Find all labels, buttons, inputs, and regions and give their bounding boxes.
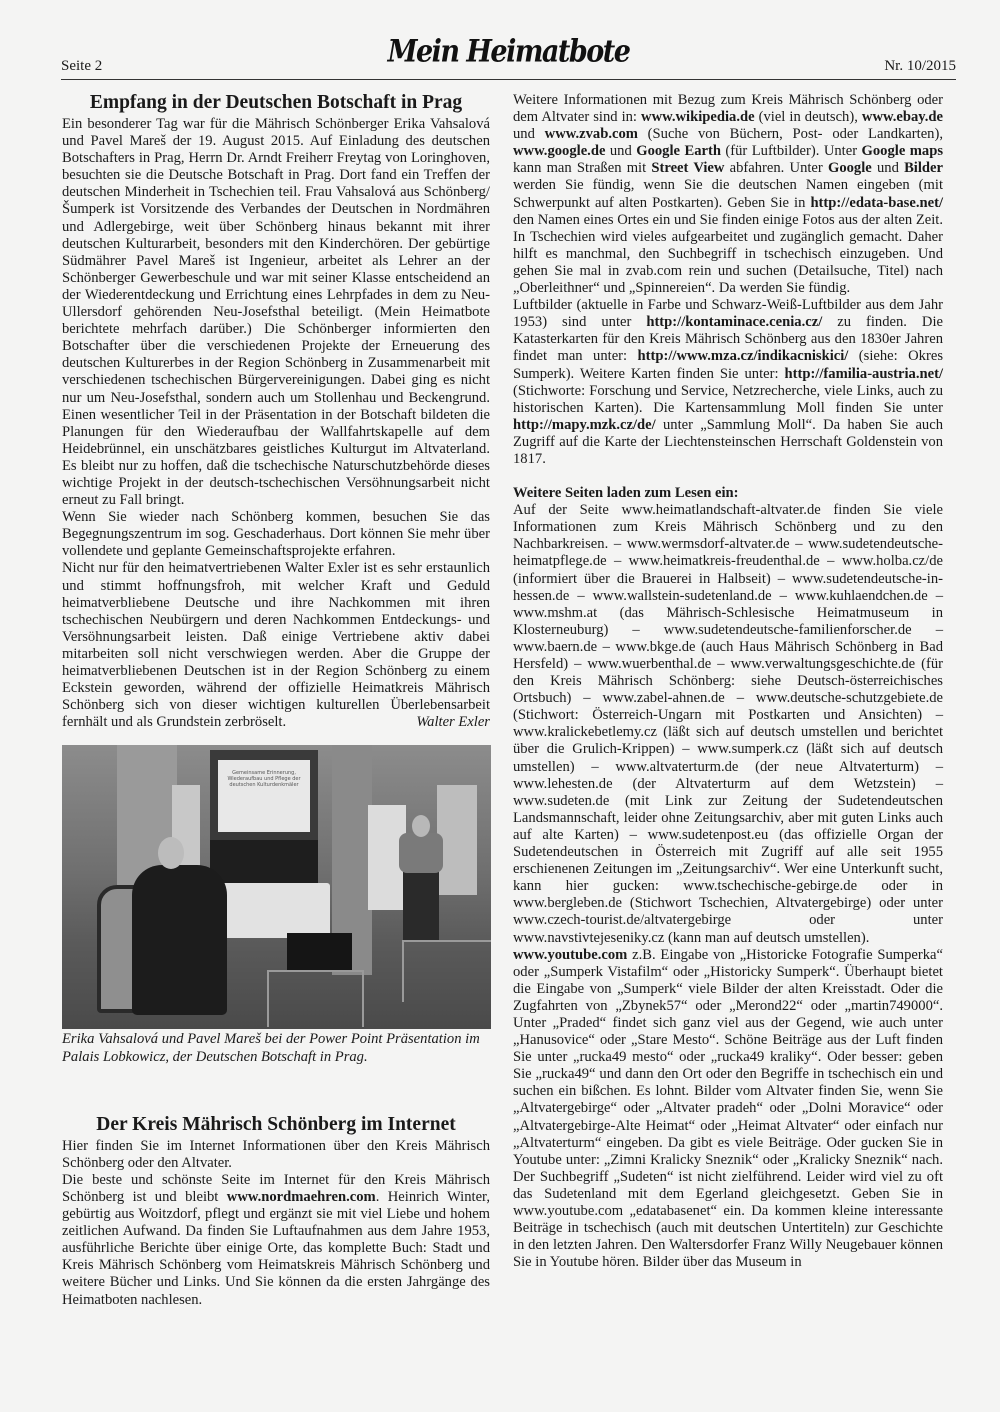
article-title-internet: Der Kreis Mährisch Schönberg im Internet — [62, 1114, 490, 1136]
left-column: Empfang in der Deutschen Botschaft in Pr… — [62, 92, 490, 1309]
window-right — [437, 785, 477, 895]
glass-table — [267, 970, 364, 1027]
issue-number: Nr. 10/2015 — [884, 58, 956, 75]
link[interactable]: Google — [828, 160, 872, 176]
article-paragraph: Ein besonderer Tag war für die Mährisch … — [62, 116, 490, 509]
link[interactable]: http://www.mza.cz/indikacniskici/ — [638, 348, 849, 364]
link[interactable]: Street View — [651, 160, 724, 176]
link[interactable]: Bilder — [904, 160, 943, 176]
text: (für Luftbilder). Unter — [721, 143, 862, 159]
article-title-embassy: Empfang in der Deutschen Botschaft in Pr… — [62, 92, 490, 114]
laptop — [287, 933, 352, 971]
slide-text: Gemeinsame Erinnerung, Wiederaufbau und … — [218, 760, 310, 832]
projection-screen: Gemeinsame Erinnerung, Wiederaufbau und … — [210, 750, 318, 840]
right-column: Weitere Informationen mit Bezug zum Krei… — [513, 92, 943, 1271]
text: (Suche von Büchern, Post- oder Landkarte… — [638, 126, 943, 142]
article-paragraph: Nicht nur für den heimatvertriebenen Wal… — [62, 560, 490, 731]
draped-table — [210, 883, 330, 938]
text: den Namen eines Ortes ein und Sie finden… — [513, 212, 943, 296]
embassy-presentation-photo: Gemeinsame Erinnerung, Wiederaufbau und … — [62, 745, 491, 1029]
links-paragraph-sites: Auf der Seite www.heimatlandschaft-altva… — [513, 502, 943, 946]
links-paragraph-maps: Luftbilder (aktuelle in Farbe und Schwar… — [513, 297, 943, 468]
link[interactable]: www.google.de — [513, 143, 605, 159]
header-rule — [61, 79, 956, 80]
links-paragraph-general: Weitere Informationen mit Bezug zum Krei… — [513, 92, 943, 297]
link[interactable]: http://familia-austria.net/ — [785, 366, 944, 382]
link[interactable]: http://mapy.mzk.cz/de/ — [513, 417, 656, 433]
text: und — [872, 160, 904, 176]
link[interactable]: Google Earth — [636, 143, 721, 159]
newspaper-page: Seite 2 Mein Heimatbote Nr. 10/2015 Empf… — [0, 0, 1000, 1412]
text: kann man Straßen mit — [513, 160, 651, 176]
text: . Heinrich Winter, gebürtig aus Woitzdor… — [62, 1189, 490, 1308]
link[interactable]: www.zvab.com — [545, 126, 638, 142]
woman-jacket — [399, 833, 443, 873]
screen-stand — [210, 840, 318, 885]
link[interactable]: www.ebay.de — [862, 109, 943, 125]
article-paragraph: Die beste und schönste Seite im Internet… — [62, 1172, 490, 1309]
glass-table-projector — [402, 940, 491, 1002]
link[interactable]: Google maps — [862, 143, 943, 159]
text: und — [605, 143, 636, 159]
masthead-logo: Mein Heimatbote — [388, 34, 630, 70]
article-paragraph: Hier finden Sie im Internet Informatione… — [62, 1138, 490, 1172]
text: abfahren. Unter — [724, 160, 828, 176]
article-paragraph: Wenn Sie wieder nach Schönberg kommen, b… — [62, 509, 490, 560]
text: z.B. Eingabe von „Historicke Fotografie … — [513, 947, 943, 1271]
link-youtube[interactable]: www.youtube.com — [513, 947, 627, 963]
text: und — [513, 126, 545, 142]
seated-man — [132, 865, 227, 1015]
photo-caption: Erika Vahsalová und Pavel Mareš bei der … — [62, 1031, 490, 1065]
page-header: Seite 2 Mein Heimatbote Nr. 10/2015 — [61, 30, 956, 80]
links-paragraph-youtube: www.youtube.com z.B. Eingabe von „Histor… — [513, 947, 943, 1272]
link-nordmaehren[interactable]: www.nordmaehren.com — [227, 1189, 376, 1205]
subheading-more-sites: Weitere Seiten laden zum Lesen ein: — [513, 485, 943, 502]
link[interactable]: http://kontaminace.cenia.cz/ — [646, 314, 822, 330]
text: (Stichworte: Forschung und Service, Netz… — [513, 383, 943, 416]
link[interactable]: http://edata-base.net/ — [810, 195, 943, 211]
spacer — [62, 1066, 490, 1114]
page-number: Seite 2 — [61, 58, 102, 75]
link[interactable]: www.wikipedia.de — [641, 109, 755, 125]
text: (viel in deutsch), — [755, 109, 862, 125]
